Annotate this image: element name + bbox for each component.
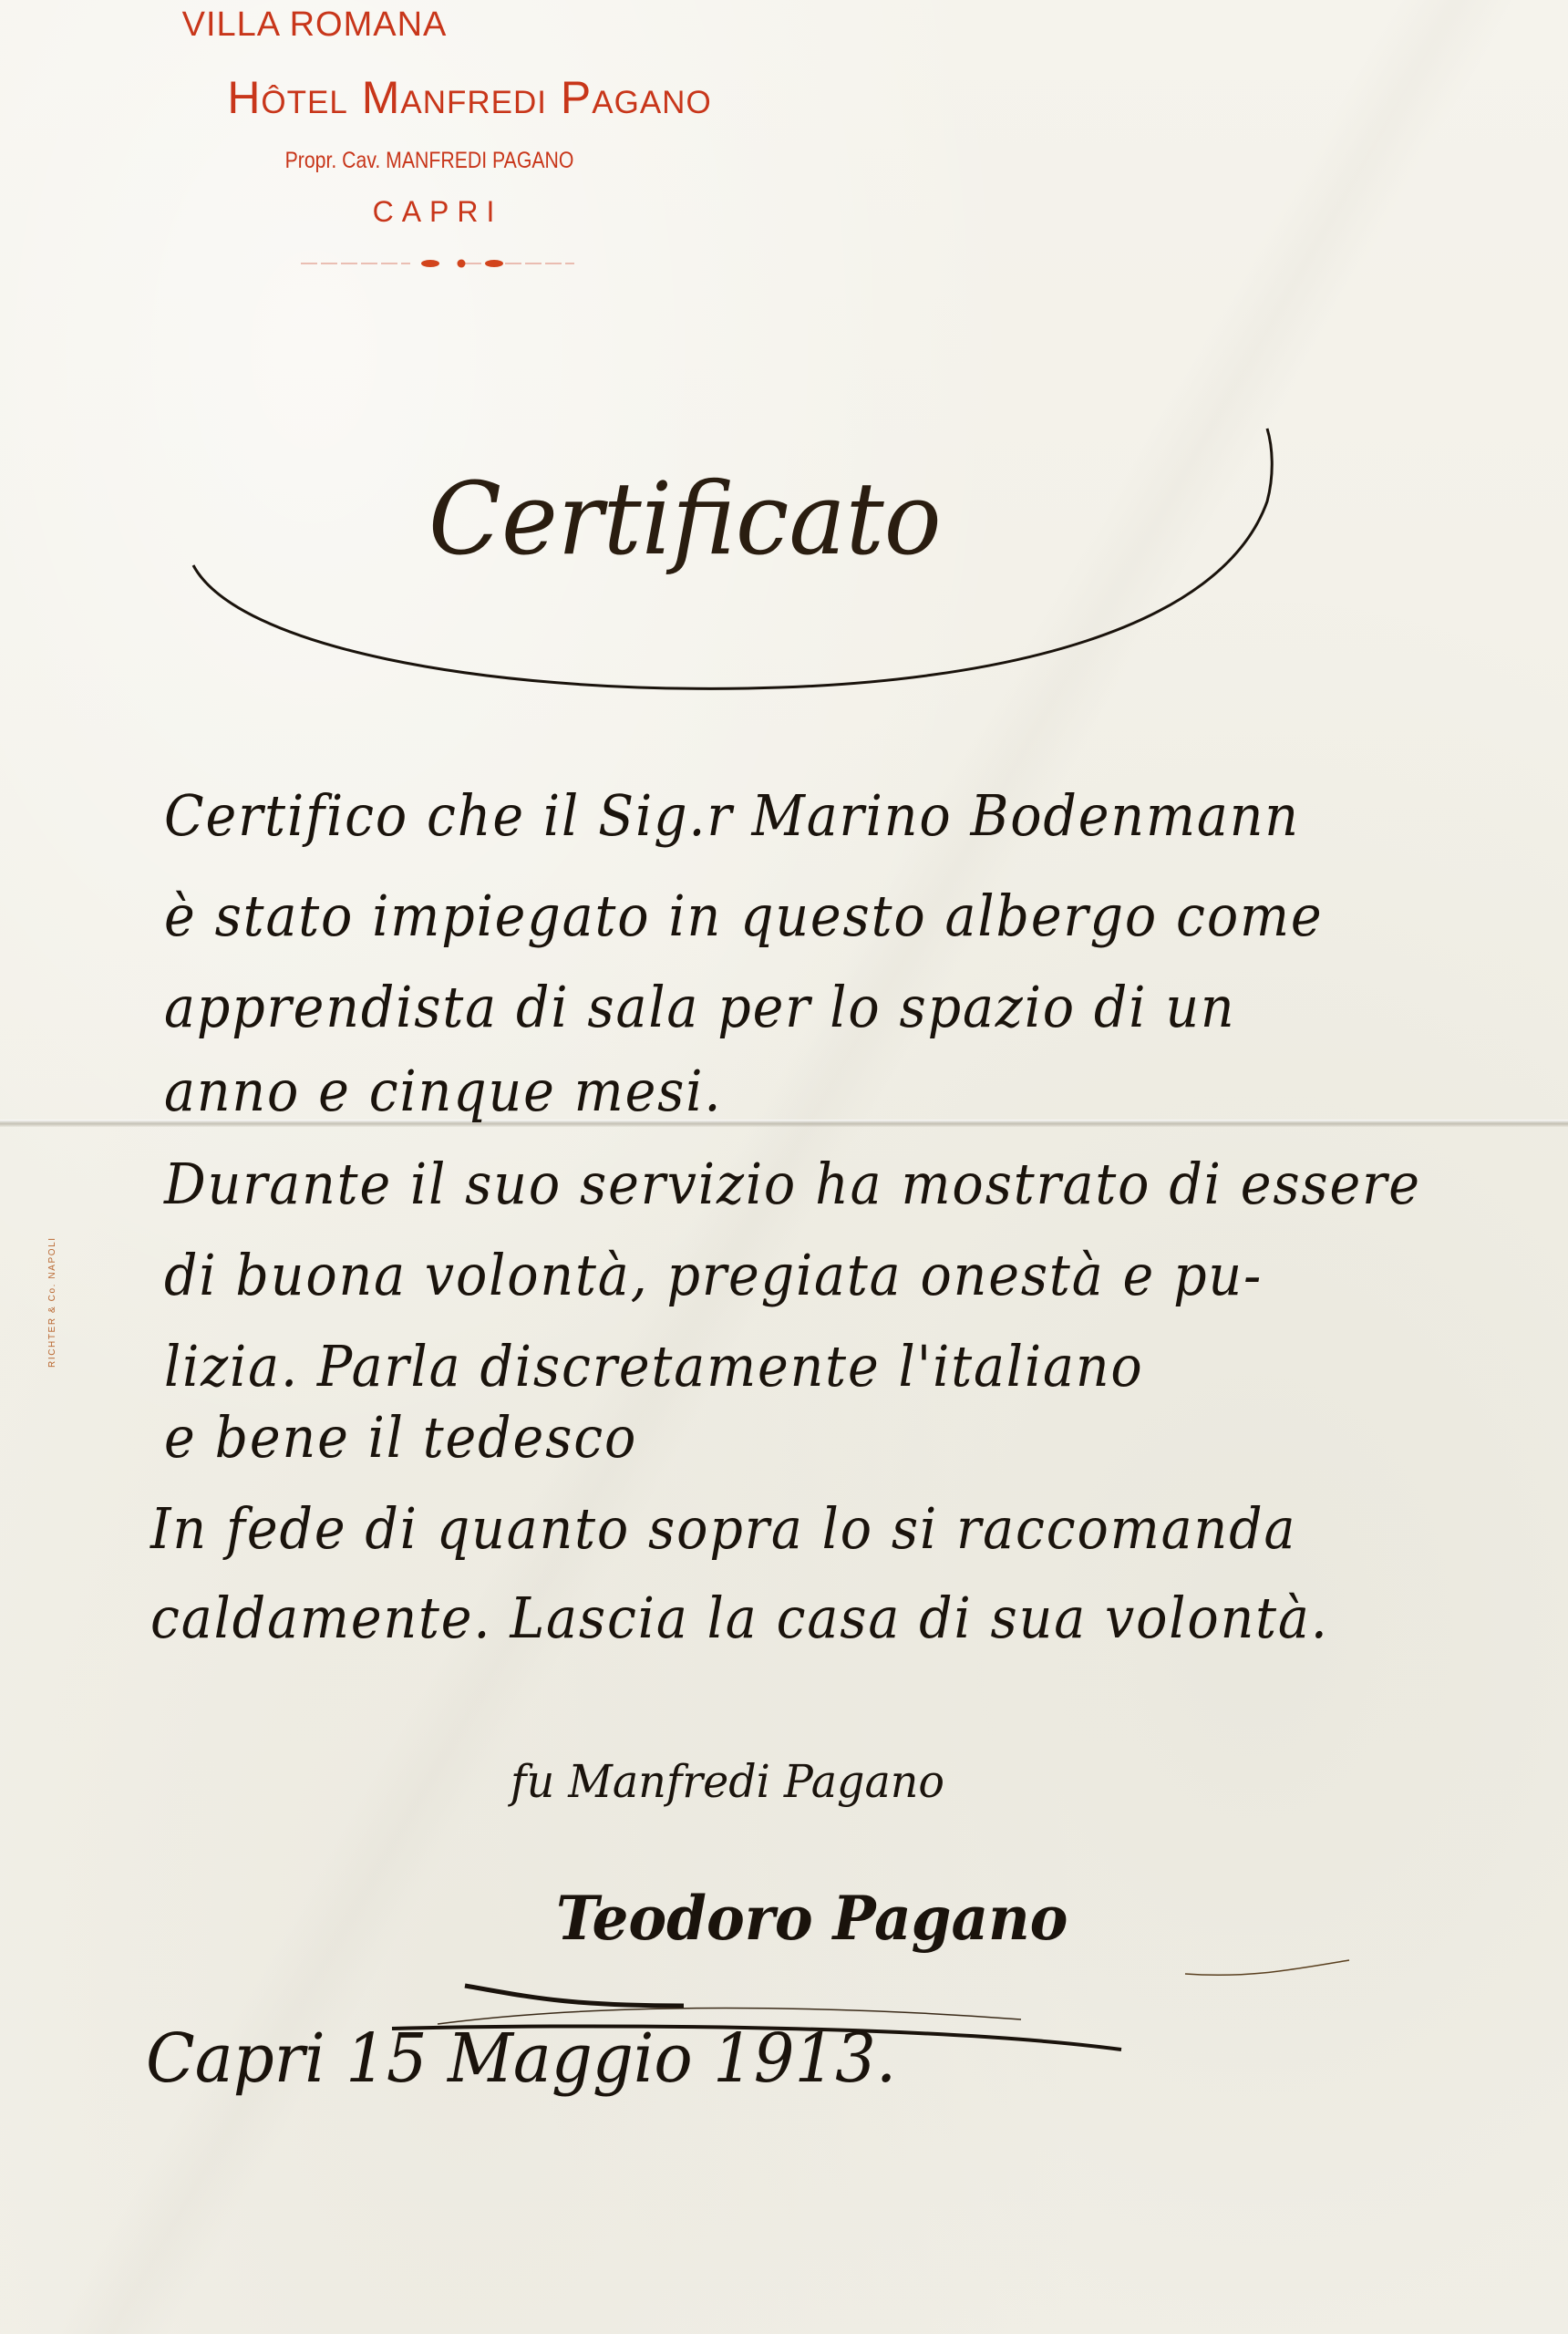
letterhead-hotel-name: Hôtel Manfredi Pagano (119, 71, 820, 124)
body-line-7: lizia. Parla discretamente l'italiano (164, 1333, 1144, 1399)
letterhead: VILLA ROMANA Hôtel Manfredi Pagano Propr… (0, 0, 820, 292)
letterhead-villa-name: VILLA ROMANA (119, 5, 511, 45)
body-line-10: caldamente. Lascia la casa di sua volont… (150, 1585, 1329, 1651)
printer-imprint: RICHTER & Co. NAPOLI (47, 1236, 57, 1368)
signature-manfredi-pagano: fu Manfredi Pagano (511, 1755, 944, 1808)
body-line-6: di buona volontà, pregiata onestà e pu- (164, 1242, 1263, 1308)
letterhead-location: CAPRI (301, 195, 574, 229)
body-line-3: apprendista di sala per lo spazio di un (164, 974, 1236, 1040)
body-line-8: e bene il tedesco (164, 1404, 637, 1471)
place-and-date: Capri 15 Maggio 1913. (146, 2019, 896, 2098)
body-line-2: è stato impiegato in questo albergo come (164, 883, 1324, 949)
letterhead-ornament-divider (301, 258, 574, 269)
document-title: Certificato (428, 460, 942, 577)
body-line-9: In fede di quanto sopra lo si raccomanda (150, 1495, 1296, 1562)
body-line-4: anno e cinque mesi. (164, 1058, 722, 1124)
letterhead-proprietor: Propr. Cav. MANFREDI PAGANO (228, 148, 631, 174)
body-line-5: Durante il suo servizio ha mostrato di e… (164, 1151, 1421, 1217)
body-line-1: Certifico che il Sig.r Marino Bodenmann (164, 782, 1300, 849)
